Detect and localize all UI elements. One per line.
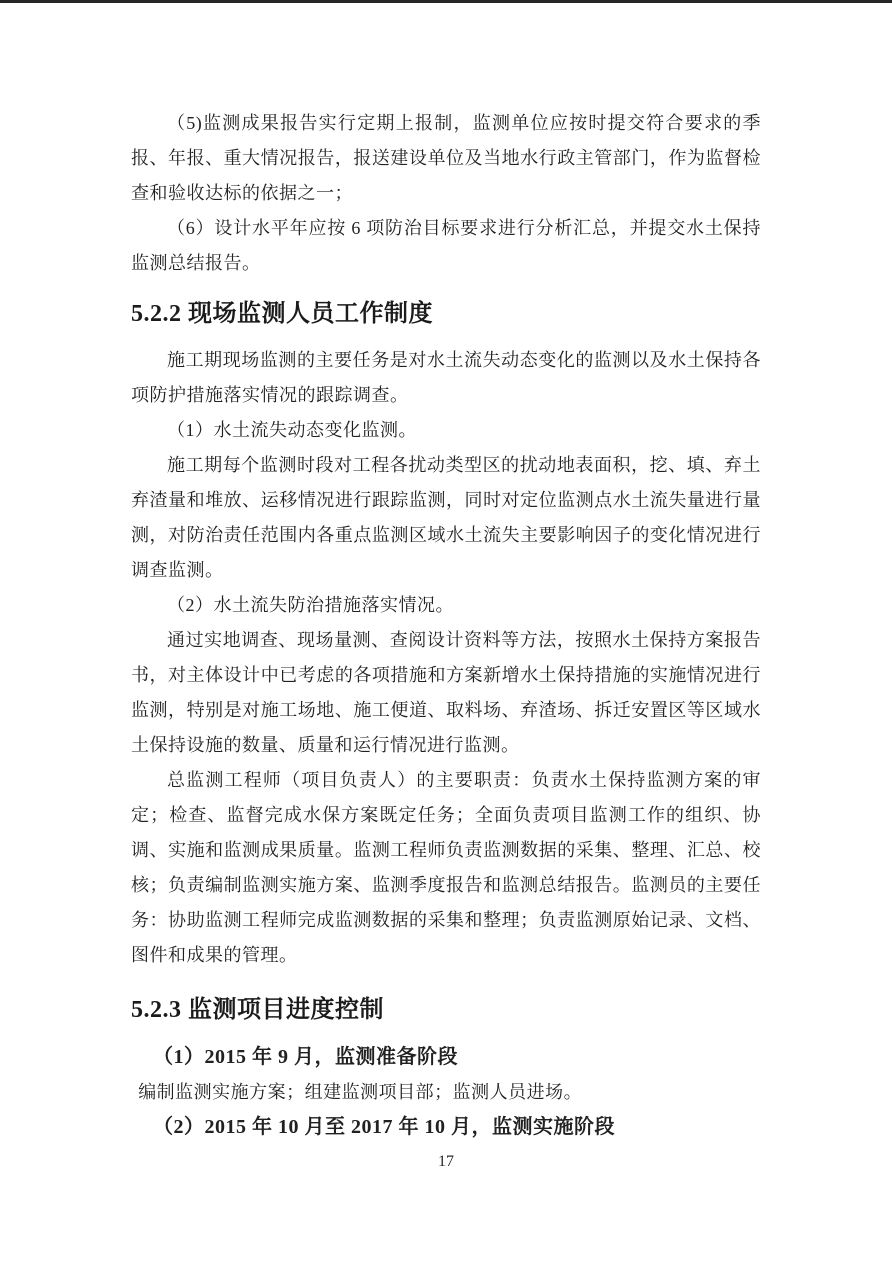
section-heading-5-2-3: 5.2.3 监测项目进度控制 bbox=[131, 995, 761, 1026]
scan-edge-line bbox=[0, 0, 892, 3]
schedule-item-1-detail: 编制监测实施方案；组建监测项目部；监测人员进场。 bbox=[131, 1075, 761, 1110]
paragraph-chief-engineer-duties: 总监测工程师（项目负责人）的主要职责：负责水土保持监测方案的审定；检查、监督完成… bbox=[131, 763, 761, 973]
document-content: （5)监测成果报告实行定期上报制，监测单位应按时提交符合要求的季报、年报、重大情… bbox=[131, 106, 761, 1145]
section-heading-5-2-2: 5.2.2 现场监测人员工作制度 bbox=[131, 299, 761, 330]
schedule-item-1-title: （1）2015 年 9 月，监测准备阶段 bbox=[131, 1040, 761, 1075]
document-page: （5)监测成果报告实行定期上报制，监测单位应按时提交符合要求的季报、年报、重大情… bbox=[0, 0, 892, 1262]
paragraph-measures-implementation: 通过实地调查、现场量测、查阅设计资料等方法，按照水土保持方案报告书，对主体设计中… bbox=[131, 623, 761, 763]
page-number: 17 bbox=[0, 1152, 892, 1172]
paragraph-item-6: （6）设计水平年应按 6 项防治目标要求进行分析汇总，并提交水土保持监测总结报告… bbox=[131, 211, 761, 281]
paragraph-subitem-1-title: （1）水土流失动态变化监测。 bbox=[131, 413, 761, 448]
schedule-item-2-title: （2）2015 年 10 月至 2017 年 10 月，监测实施阶段 bbox=[131, 1110, 761, 1145]
paragraph-subitem-2-title: （2）水土流失防治措施落实情况。 bbox=[131, 588, 761, 623]
paragraph-tasks-overview: 施工期现场监测的主要任务是对水土流失动态变化的监测以及水土保持各项防护措施落实情… bbox=[131, 343, 761, 413]
paragraph-dynamic-monitoring: 施工期每个监测时段对工程各扰动类型区的扰动地表面积，挖、填、弃土弃渣量和堆放、运… bbox=[131, 448, 761, 588]
paragraph-item-5: （5)监测成果报告实行定期上报制，监测单位应按时提交符合要求的季报、年报、重大情… bbox=[131, 106, 761, 211]
